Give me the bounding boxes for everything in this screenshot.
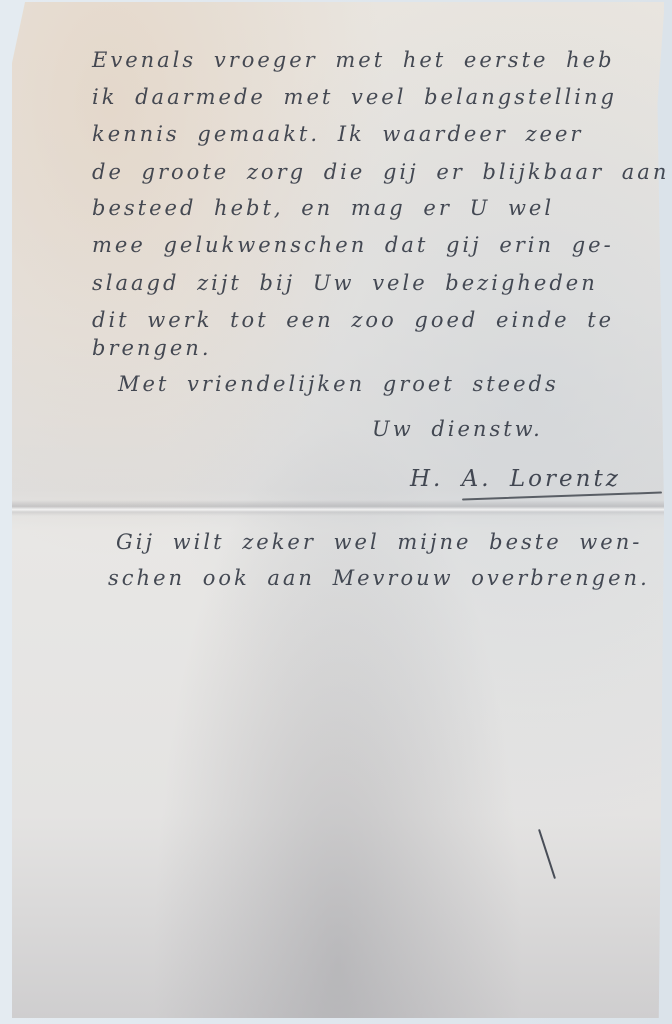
body-line: brengen. <box>92 336 212 360</box>
body-line: dit werk tot een zoo goed einde te <box>92 308 614 332</box>
closing-valediction: Uw dienstw. <box>372 417 543 441</box>
body-line: kennis gemaakt. Ik waardeer zeer <box>92 122 583 146</box>
postscript-line: schen ook aan Mevrouw overbrengen. <box>108 566 650 590</box>
signature: H. A. Lorentz <box>410 466 621 492</box>
body-line: besteed hebt, en mag er U wel <box>92 196 554 220</box>
closing-greeting: Met vriendelijken groet steeds <box>118 372 559 396</box>
body-line: ik daarmede met veel belangstelling <box>92 85 617 109</box>
body-line: slaagd zijt bij Uw vele bezigheden <box>92 271 598 295</box>
body-line: Evenals vroeger met het eerste heb <box>92 48 615 72</box>
body-line: mee gelukwenschen dat gij erin ge- <box>92 233 614 257</box>
postscript-line: Gij wilt zeker wel mijne beste wen- <box>116 530 642 554</box>
paper-fold-crease <box>12 500 664 516</box>
body-line: de groote zorg die gij er blijkbaar aan <box>92 160 669 184</box>
